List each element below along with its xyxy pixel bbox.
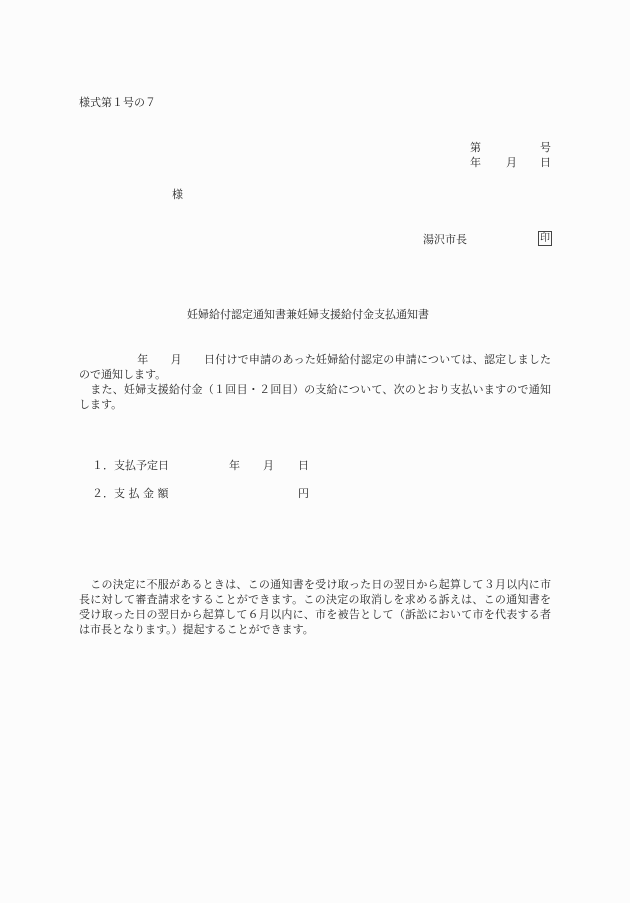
seal-mark: 印	[538, 231, 552, 246]
appeal-notice-text: この決定に不服があるときは、この通知書を受け取った日の翌日から起算して３月以内に…	[79, 578, 551, 636]
appeal-notice: この決定に不服があるときは、この通知書を受け取った日の翌日から起算して３月以内に…	[79, 577, 551, 637]
application-month: 月	[170, 353, 181, 366]
addressee-honorific: 様	[172, 187, 183, 202]
payment-notice-text: また、妊婦支援給付金（１回目・２回目）の支給について、次のとおり支払いますので通…	[79, 383, 551, 411]
payment-date-day: 日	[298, 458, 309, 473]
issue-date-day: 日	[540, 155, 551, 170]
issuer-name: 湯沢市長	[423, 232, 467, 247]
paragraph-approval: 年月日付けで申請のあった妊婦給付認定の申請については、認定しましたので通知します…	[79, 352, 551, 412]
approval-text: 日付けで申請のあった妊婦給付認定の申請については、認定しましたので通知します。	[79, 353, 551, 381]
document-number-suffix: 号	[540, 140, 551, 155]
payment-amount-label: ２．支 払 金 額	[92, 486, 169, 501]
issue-date-year: 年	[470, 155, 481, 170]
issue-date-month: 月	[506, 155, 517, 170]
application-year: 年	[137, 353, 148, 366]
payment-amount-unit: 円	[298, 486, 309, 501]
payment-date-label: １．支払予定日	[92, 458, 169, 473]
document-number-prefix: 第	[470, 140, 481, 155]
form-number: 様式第１号の７	[79, 95, 156, 110]
document-title: 妊婦給付認定通知書兼妊婦支援給付金支払通知書	[187, 307, 429, 322]
payment-date-year: 年	[229, 458, 240, 473]
payment-date-month: 月	[263, 458, 274, 473]
